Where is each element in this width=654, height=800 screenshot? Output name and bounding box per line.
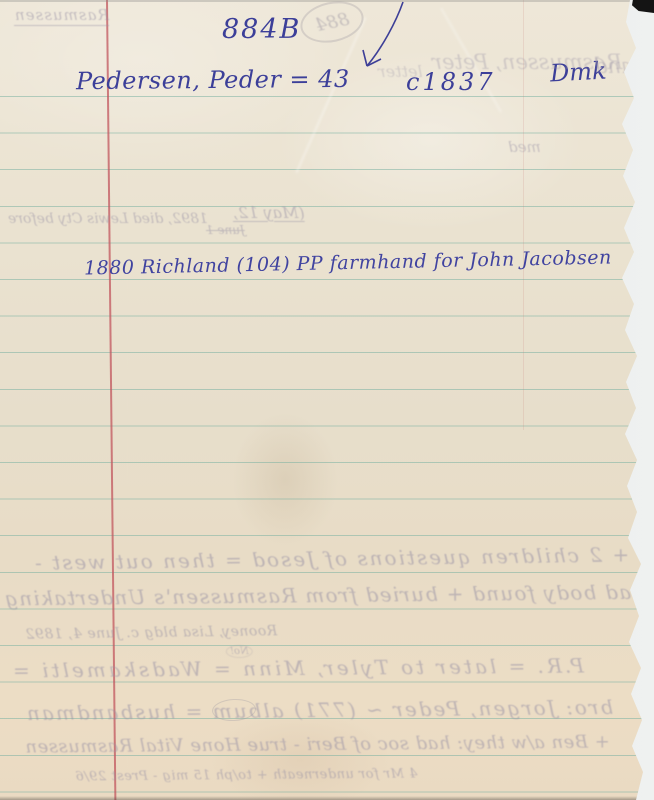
paper-bottom-edge — [0, 796, 654, 800]
bleedthrough-death-date: (May 12, — [233, 203, 305, 222]
doc-number: 884B — [222, 14, 301, 45]
bleedthrough-top-left-word: Rasmussen — [14, 6, 109, 24]
bleedthrough-struck-text: June 1 — [206, 223, 245, 237]
scanned-page: 884 884B Pedersen, Peder = 43 c1837 Dmk … — [0, 0, 654, 800]
stamp-number: 884 — [313, 8, 351, 36]
bleedthrough-fragment: med — [508, 138, 541, 156]
bleedthrough-fragment: letter — [378, 62, 423, 81]
bleedthrough-line: 4 Mr for underneath + to/ph 15 mig - Pre… — [75, 767, 417, 785]
notebook-paper: 884 884B Pedersen, Peder = 43 c1837 Dmk … — [0, 0, 654, 800]
bleedthrough-death-line: 1892, died Lewis Cty before — [8, 211, 208, 227]
ruled-lines — [0, 96, 654, 800]
bleedthrough-line: P.R. = later to Tyler, Minn = Wadskamelt… — [10, 653, 584, 682]
name-line: Pedersen, Peder = 43 — [76, 65, 350, 95]
